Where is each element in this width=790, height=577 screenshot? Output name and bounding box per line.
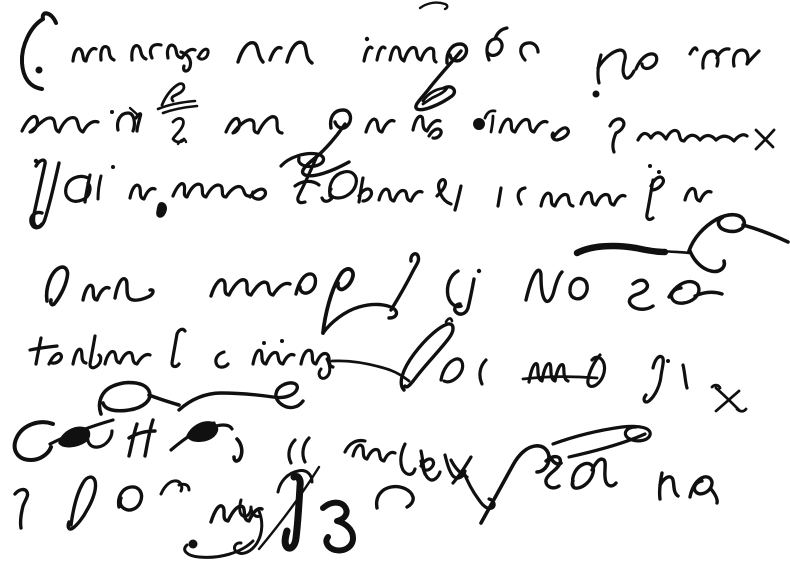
ink-stroke-l7-hat: [161, 481, 189, 494]
ink-stroke-l2-g: [610, 119, 624, 152]
ink-dot-l5-n-dot2: [280, 339, 284, 343]
ink-stroke-l1-ks: [132, 45, 161, 60]
ink-stroke-l1-s: [521, 43, 538, 60]
ink-stroke-l7-zh: [451, 457, 494, 509]
ink-stroke-l2-sha: [22, 116, 98, 132]
ink-stroke-l1-zhe: [167, 45, 195, 71]
ink-stroke-l5-tall: [172, 329, 185, 366]
ink-stroke-l4-dash: [577, 246, 665, 253]
manuscript-page: [0, 0, 790, 577]
ink-stroke-l5-y-loop: [441, 359, 463, 382]
ink-dot-c-period: [36, 67, 43, 74]
ink-stroke-l3-iend: [685, 189, 711, 201]
ink-dot-l2-i-dot: [110, 110, 114, 114]
ink-stroke-l4-rho: [296, 274, 316, 294]
ink-stroke-l3-yat: [281, 154, 324, 203]
ink-stroke-l5-i: [644, 356, 663, 402]
ink-stroke-l6-a-dip: [87, 431, 112, 447]
ink-stroke-l3-ts: [130, 185, 155, 199]
ink-dot-l2-b-blob: [473, 118, 485, 130]
ink-stroke-l1-topmark: [420, 3, 447, 9]
ink-stroke-l2-i: [366, 119, 394, 132]
ink-stroke-l3-isni: [498, 188, 625, 206]
ink-stroke-l4-e: [669, 282, 722, 304]
ink-stroke-l1-k2: [101, 47, 114, 60]
ink-stroke-l1-e: [198, 49, 208, 59]
ink-stroke-l1-ik: [73, 49, 96, 61]
ink-stroke-l7-z: [323, 503, 353, 551]
ink-stroke-l2-mr: [226, 117, 282, 133]
ink-stroke-l7-za: [546, 457, 616, 489]
ink-stroke-l2-nana: [638, 130, 747, 141]
ink-stroke-l5-x: [712, 385, 746, 411]
ink-stroke-l5-paren: [480, 360, 486, 384]
ink-stroke-l6-pretzel: [179, 383, 303, 410]
ink-stroke-l7-flourish: [553, 426, 650, 457]
ink-stroke-l5-ne: [30, 338, 61, 364]
ink-dot-l1-i-dot: [365, 37, 369, 41]
ink-stroke-l1-re: [598, 50, 657, 83]
ink-stroke-l1-ln: [238, 42, 312, 63]
ink-stroke-l7-ne: [660, 473, 718, 503]
ink-stroke-l7-arc: [377, 487, 414, 508]
ink-stroke-l4-i: [455, 279, 474, 314]
ink-stroke-l6-parens: [289, 438, 309, 463]
ink-stroke-l5-she: [529, 355, 605, 386]
ink-stroke-l4-sh: [83, 279, 153, 300]
ink-stroke-l5-nit-desc: [319, 359, 330, 378]
ink-stroke-l7-g: [15, 490, 28, 528]
ink-stroke-l3-o: [250, 189, 265, 199]
ink-stroke-l5-ib: [683, 365, 687, 388]
ink-stroke-l4-ftall: [323, 269, 353, 333]
ink-stroke-l1-cha: [690, 48, 759, 68]
ink-dot-l3-start-dot: [34, 159, 38, 163]
ink-stroke-l7-o: [119, 487, 142, 510]
ink-stroke-l6-C: [15, 422, 53, 460]
ink-stroke-l2-vne: [500, 119, 568, 140]
ink-stroke-l6-nv: [129, 420, 155, 456]
ink-stroke-l6-n: [345, 440, 395, 461]
ink-stroke-l3-d: [322, 172, 356, 202]
ink-stroke-l5-s: [216, 352, 228, 367]
ink-stroke-l4-swash: [689, 215, 788, 272]
ink-stroke-l2-che: [413, 116, 441, 138]
ink-stroke-l2-nana-x: [756, 130, 774, 149]
ink-stroke-l3-y: [359, 178, 422, 202]
ink-stroke-l1-c-swash: [22, 13, 56, 89]
ink-stroke-l4-No: [526, 270, 587, 301]
ink-dot-l3-r-dot2: [657, 170, 661, 174]
ink-stroke-l7-p: [68, 477, 95, 529]
ink-stroke-l3-z: [66, 175, 90, 202]
ink-dot-l1-re-dot: [593, 91, 600, 98]
ink-stroke-l5-nit: [253, 350, 333, 367]
ink-stroke-l3-comma: [157, 203, 166, 217]
ink-stroke-l5-v-tick: [446, 318, 452, 322]
ink-stroke-l4-ze: [629, 280, 653, 309]
ink-stroke-l6-comma: [234, 439, 242, 461]
ink-stroke-l4-a: [47, 267, 68, 305]
ink-stroke-l3-i: [98, 176, 101, 199]
ink-stroke-l4-floop: [323, 254, 419, 333]
ink-stroke-l5-crossbar: [332, 361, 409, 381]
ink-stroke-l3-chto: [173, 184, 249, 197]
ink-stroke-l5-she-bar: [523, 377, 597, 379]
ink-stroke-l4-paren: [447, 271, 461, 307]
ink-dot-l5-i-dot: [666, 359, 670, 363]
ink-stroke-l3-u: [31, 160, 59, 228]
ink-stroke-l4-mr: [211, 280, 290, 296]
ink-stroke-l3-ya: [437, 180, 461, 210]
ink-stroke-l1-ishe: [364, 47, 436, 62]
ink-dot-l3-r-dot1: [648, 164, 652, 168]
ink-dot-l3-i-dot: [111, 165, 115, 169]
ink-stroke-l5-e: [105, 352, 150, 364]
ink-stroke-l5-n: [73, 336, 101, 368]
ink-stroke-l2-i-tick: [491, 116, 493, 132]
ink-dot-l7-period: [189, 540, 198, 549]
ink-dot-l5-n-dot1: [262, 341, 266, 345]
manuscript-canvas: [0, 0, 790, 577]
ink-dot-l4-i-dot: [477, 269, 481, 273]
ink-stroke-l6-oval: [100, 383, 180, 414]
ink-stroke-l1-b: [487, 28, 507, 60]
ink-stroke-l2-sup-2: [173, 118, 184, 142]
ink-stroke-l3-rp: [647, 177, 664, 219]
